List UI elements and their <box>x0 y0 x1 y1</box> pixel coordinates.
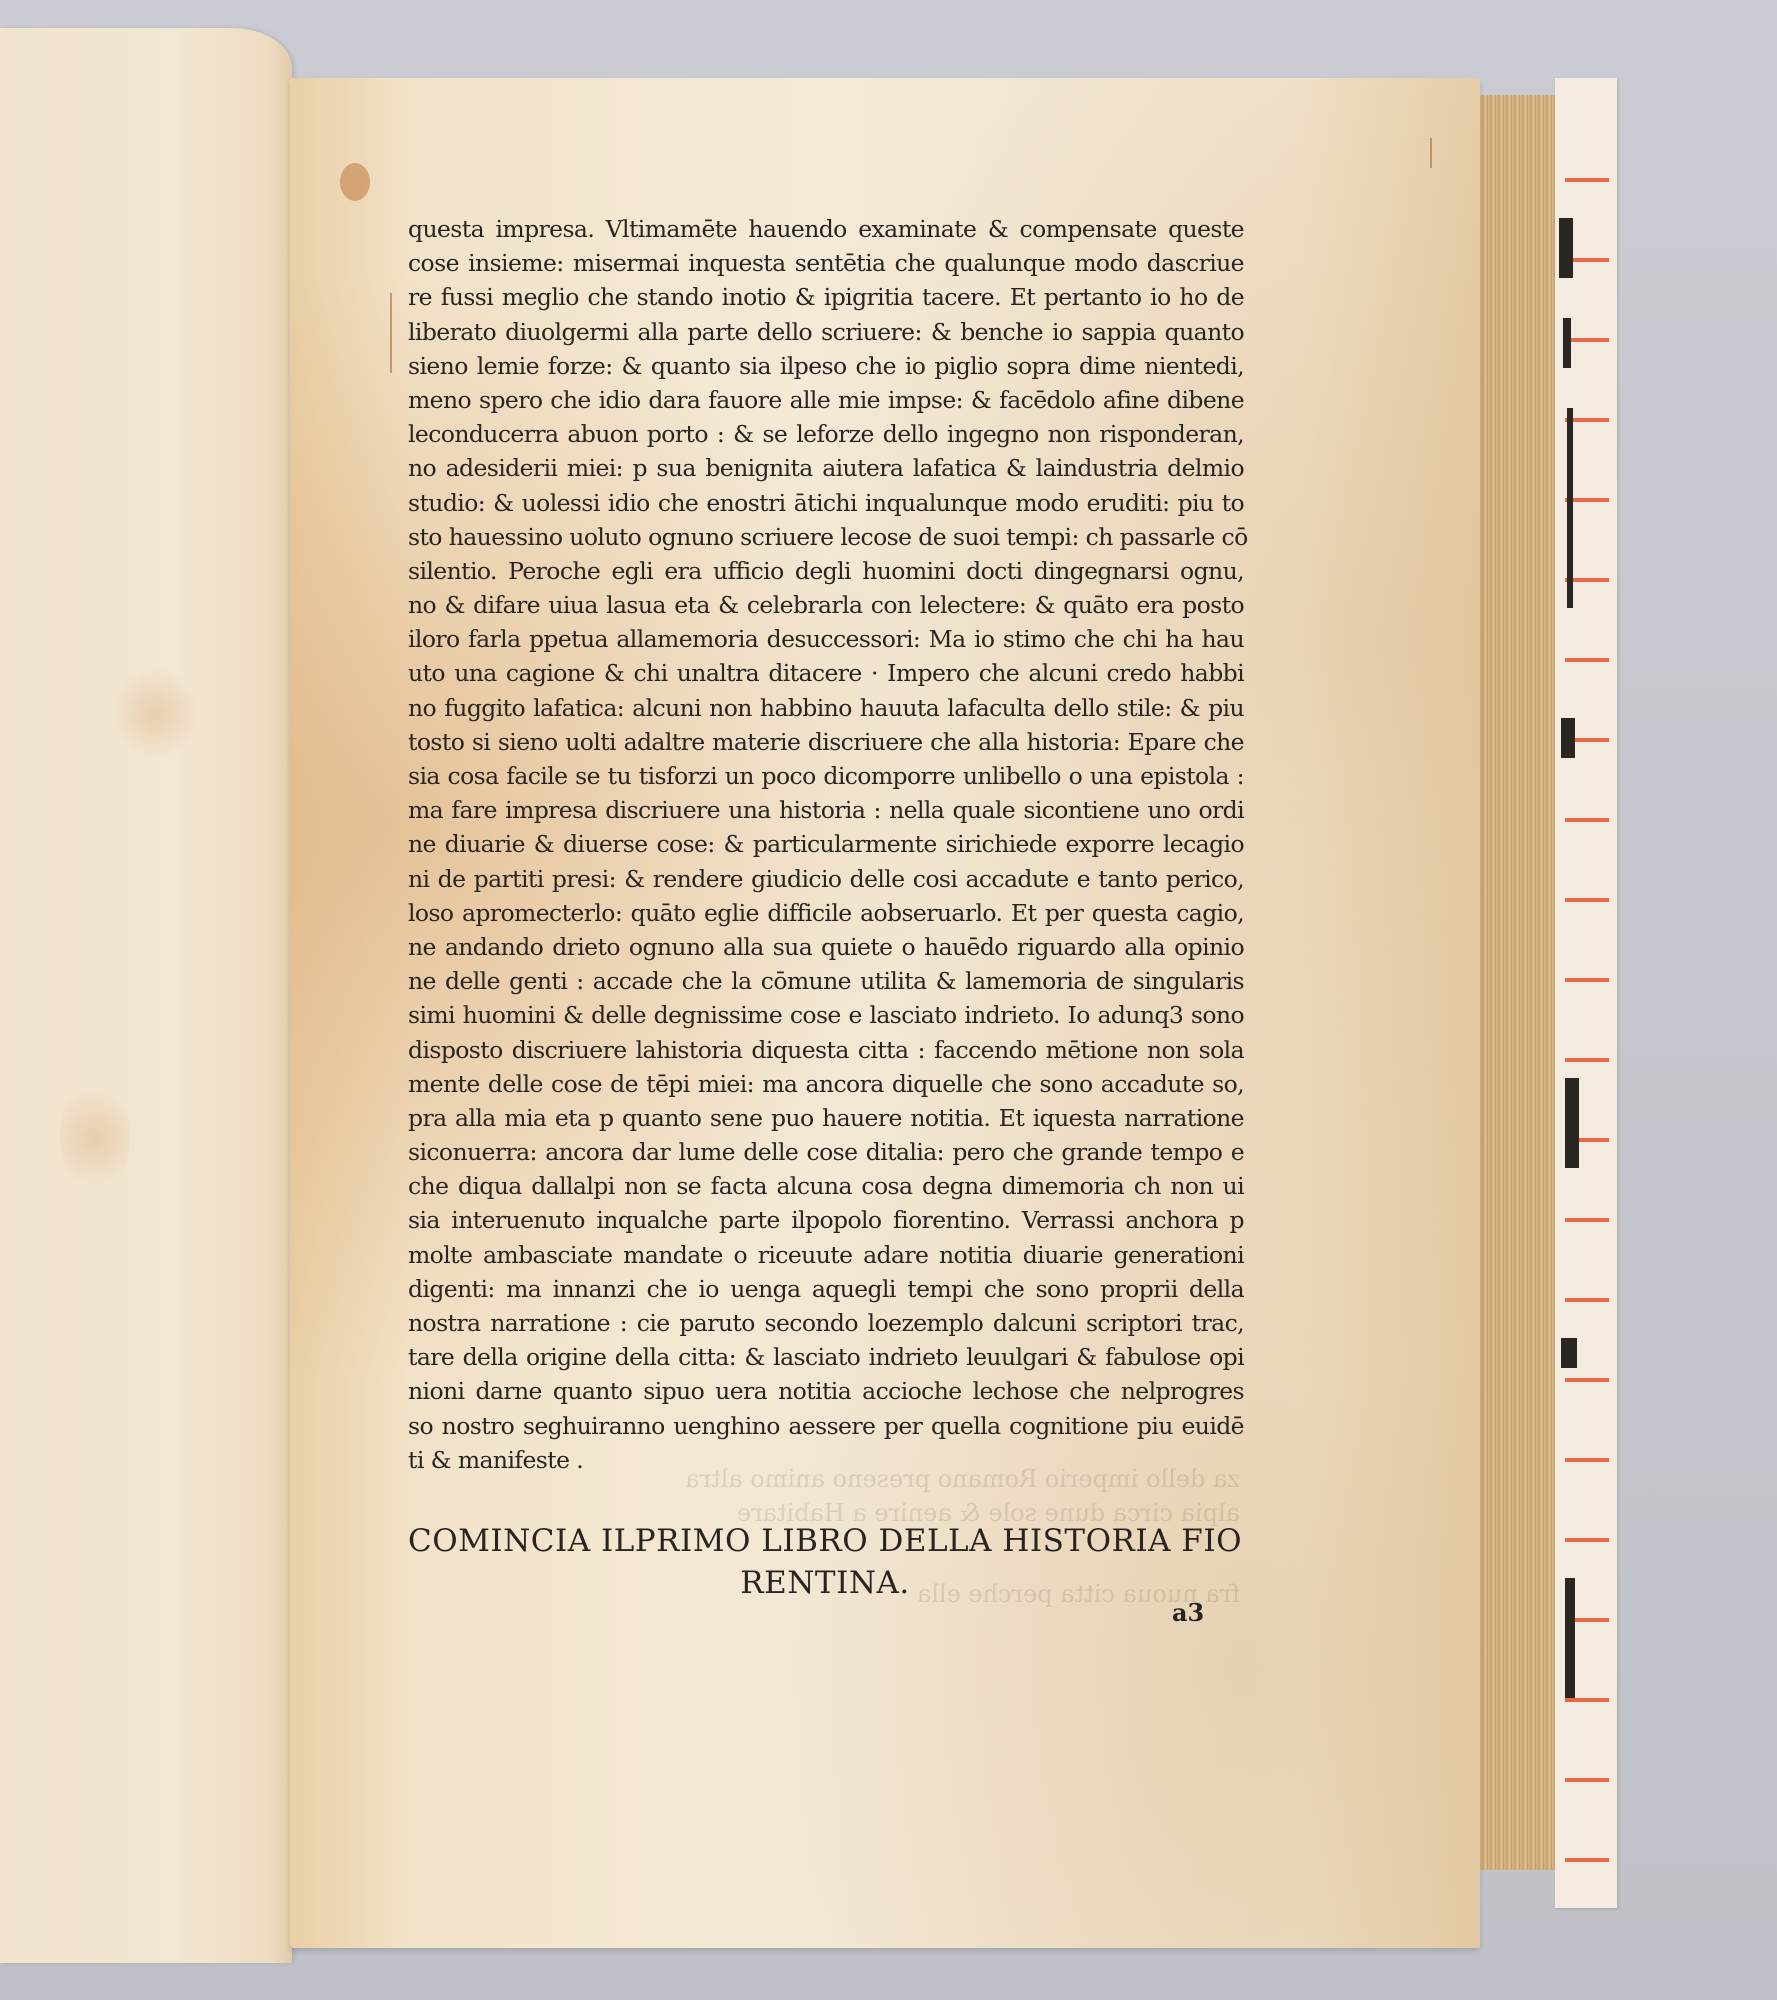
red-rule-line <box>1565 1538 1609 1542</box>
text-line: pra alla mia eta p quanto sene puo hauer… <box>408 1101 1244 1135</box>
text-line: cose insieme: misermai inquesta sentētia… <box>408 246 1244 280</box>
foxing-spot <box>340 163 370 201</box>
text-line: sto hauessino uoluto ognuno scriuere lec… <box>408 520 1244 554</box>
ink-fragment <box>1565 1578 1575 1698</box>
text-line: che diqua dallalpi non se facta alcuna c… <box>408 1169 1244 1203</box>
heading-line-2: RENTINA. <box>400 1562 1250 1604</box>
signature-mark: a3 <box>1172 1598 1204 1627</box>
heading-line-1: COMINCIA ILPRIMO LIBRO DELLA HISTORIA FI… <box>400 1520 1250 1562</box>
text-line: studio: & uolessi idio che enostri ātich… <box>408 486 1244 520</box>
text-line: molte ambasciate mandate o riceuute adar… <box>408 1238 1244 1272</box>
text-line: siconuerra: ancora dar lume delle cose d… <box>408 1135 1244 1169</box>
text-line: sia cosa facile se tu tisforzi un poco d… <box>408 759 1244 793</box>
red-rule-line <box>1565 658 1609 662</box>
text-line: ni de partiti presi: & rendere giudicio … <box>408 862 1244 896</box>
text-line: iloro farla ppetua allamemoria desuccess… <box>408 622 1244 656</box>
ink-fragment <box>1559 218 1573 278</box>
fore-edge-of-text-block <box>1480 95 1562 1870</box>
text-line: leconducerra abuon porto : & se leforze … <box>408 417 1244 451</box>
red-rule-line <box>1565 898 1609 902</box>
red-rule-line <box>1565 1858 1609 1862</box>
ink-fragment <box>1563 318 1571 368</box>
text-line: disposto discriuere lahistoria diquesta … <box>408 1033 1244 1067</box>
text-line: ne andando drieto ognuno alla sua quiete… <box>408 930 1244 964</box>
text-line: digenti: ma innanzi che io uenga aquegli… <box>408 1272 1244 1306</box>
red-ruled-manuscript-leaf <box>1555 78 1617 1908</box>
text-line: tare della origine della citta: & lascia… <box>408 1340 1244 1374</box>
text-line: meno spero che idio dara fauore alle mie… <box>408 383 1244 417</box>
ink-fragment <box>1561 1338 1577 1368</box>
text-line: silentio. Peroche egli era ufficio degli… <box>408 554 1244 588</box>
red-rule-line <box>1565 1298 1609 1302</box>
text-line: no fuggito lafatica: alcuni non habbino … <box>408 691 1244 725</box>
red-rule-line <box>1565 978 1609 982</box>
text-line: loso apromecterlo: quāto eglie difficile… <box>408 896 1244 930</box>
red-rule-line <box>1565 338 1609 342</box>
text-line: ne diuarie & diuerse cose: & particularm… <box>408 827 1244 861</box>
foxing-stain <box>110 668 200 758</box>
text-line: simi huomini & delle degnissime cose e l… <box>408 998 1244 1032</box>
red-rule-line <box>1565 178 1609 182</box>
red-rule-line <box>1565 1378 1609 1382</box>
text-line: so nostro seghuiranno uenghino aessere p… <box>408 1409 1244 1443</box>
text-line: tosto si sieno uolti adaltre materie dis… <box>408 725 1244 759</box>
margin-mark <box>390 293 392 373</box>
text-line: liberato diuolgermi alla parte dello scr… <box>408 315 1244 349</box>
foxing-stain <box>60 1078 130 1198</box>
ink-fragment <box>1567 408 1573 608</box>
left-blank-page <box>0 28 292 1963</box>
text-line: no & difare uiua lasua eta & celebrarla … <box>408 588 1244 622</box>
margin-mark <box>1430 138 1432 168</box>
text-line: mente delle cose de tēpi miei: ma ancora… <box>408 1067 1244 1101</box>
ink-fragment <box>1561 718 1575 758</box>
text-line: questa impresa. Vltimamēte hauendo exami… <box>408 212 1244 246</box>
text-line: re fussi meglio che stando inotio & ipig… <box>408 280 1244 314</box>
red-rule-line <box>1565 1058 1609 1062</box>
body-text: questa impresa. Vltimamēte hauendo exami… <box>408 212 1244 1477</box>
red-rule-line <box>1565 1778 1609 1782</box>
text-line: sieno lemie forze: & quanto sia ilpeso c… <box>408 349 1244 383</box>
text-line: nioni darne quanto sipuo uera notitia ac… <box>408 1374 1244 1408</box>
text-line: nostra narratione : cie paruto secondo l… <box>408 1306 1244 1340</box>
text-line: ne delle genti : accade che la cōmune ut… <box>408 964 1244 998</box>
text-line: no adesiderii miei: p sua benignita aiut… <box>408 451 1244 485</box>
red-rule-line <box>1565 818 1609 822</box>
red-rule-line <box>1565 1698 1609 1702</box>
text-line: sia interuenuto inqualche parte ilpopolo… <box>408 1203 1244 1237</box>
text-line: ma fare impresa discriuere una historia … <box>408 793 1244 827</box>
red-rule-line <box>1565 1218 1609 1222</box>
text-line: uto una cagione & chi unaltra ditacere ·… <box>408 656 1244 690</box>
ink-fragment <box>1565 1078 1579 1168</box>
red-rule-line <box>1565 1458 1609 1462</box>
book-heading: COMINCIA ILPRIMO LIBRO DELLA HISTORIA FI… <box>400 1520 1250 1604</box>
text-line: ti & manifeste . <box>408 1443 1244 1477</box>
